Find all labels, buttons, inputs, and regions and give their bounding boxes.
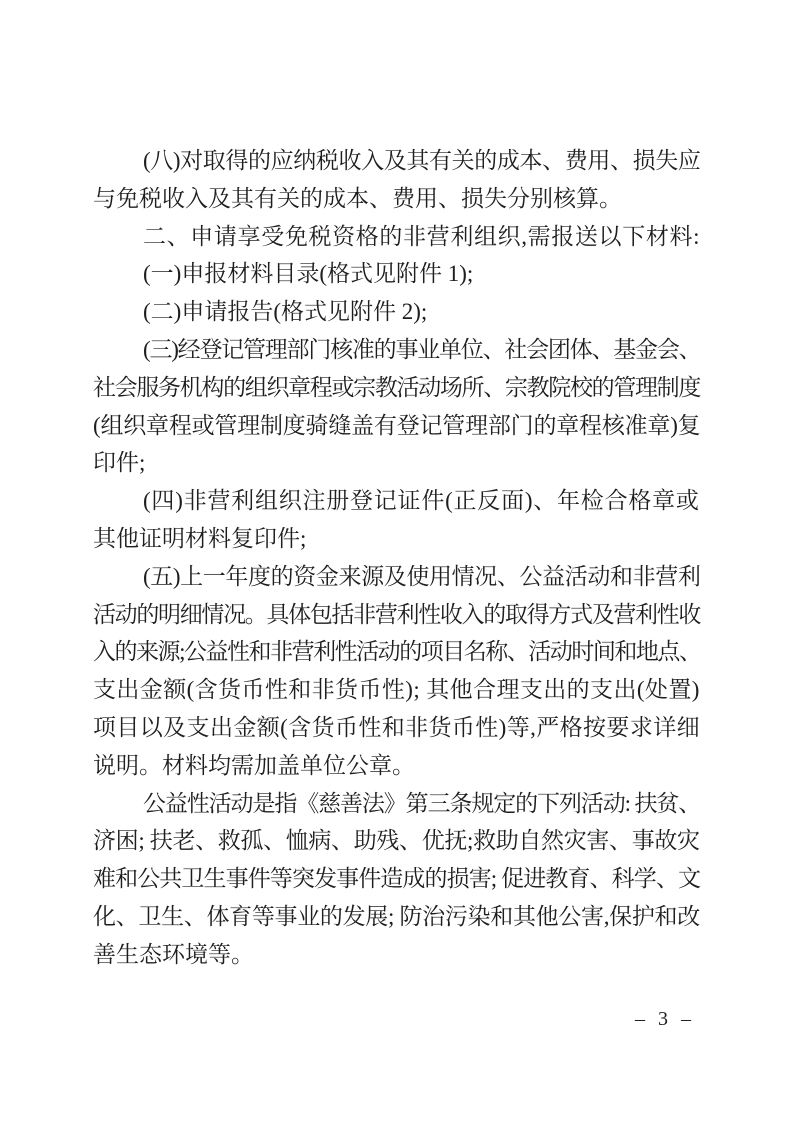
body-line: 社会服务机构的组织章程或宗教活动场所、宗教院校的管理制度 xyxy=(93,369,700,407)
body-line: 入的来源;公益性和非营利性活动的项目名称、活动时间和地点、 xyxy=(93,633,700,671)
page-number: – 3 – xyxy=(635,1006,692,1032)
body-line: 说明。材料均需加盖单位公章。 xyxy=(93,747,700,785)
body-line: 济困; 扶老、救孤、恤病、助残、优抚;救助自然灾害、事故灾 xyxy=(93,822,700,860)
body-line: 难和公共卫生事件等突发事件造成的损害; 促进教育、科学、文 xyxy=(93,860,700,898)
body-line: 项目以及支出金额(含货币性和非货币性)等,严格按要求详细 xyxy=(93,709,700,747)
body-line: 活动的明细情况。具体包括非营利性收入的取得方式及营利性收 xyxy=(93,596,700,634)
body-line: (二)申请报告(格式见附件 2); xyxy=(93,293,700,331)
body-line: 与免税收入及其有关的成本、费用、损失分别核算。 xyxy=(93,180,700,218)
body-line: (三)经登记管理部门核准的事业单位、社会团体、基金会、 xyxy=(93,331,700,369)
body-line: 支出金额(含货币性和非货币性); 其他合理支出的支出(处置) xyxy=(93,671,700,709)
body-line: 其他证明材料复印件; xyxy=(93,520,700,558)
body-line: (四)非营利组织注册登记证件(正反面)、年检合格章或 xyxy=(93,482,700,520)
document-page: (八)对取得的应纳税收入及其有关的成本、费用、损失应与免税收入及其有关的成本、费… xyxy=(0,0,793,1122)
body-line: (一)申报材料目录(格式见附件 1); xyxy=(93,255,700,293)
body-line: (组织章程或管理制度骑缝盖有登记管理部门的章程核准章)复 xyxy=(93,407,700,445)
document-body: (八)对取得的应纳税收入及其有关的成本、费用、损失应与免税收入及其有关的成本、费… xyxy=(93,142,700,974)
body-line: 善生态环境等。 xyxy=(93,936,700,974)
body-line: 二、申请享受免税资格的非营利组织,需报送以下材料: xyxy=(93,218,700,256)
body-line: 印件; xyxy=(93,444,700,482)
body-line: 化、卫生、体育等事业的发展; 防治污染和其他公害,保护和改 xyxy=(93,898,700,936)
body-line: 公益性活动是指《慈善法》第三条规定的下列活动: 扶贫、 xyxy=(93,785,700,823)
body-line: (五)上一年度的资金来源及使用情况、公益活动和非营利 xyxy=(93,558,700,596)
body-line: (八)对取得的应纳税收入及其有关的成本、费用、损失应 xyxy=(93,142,700,180)
